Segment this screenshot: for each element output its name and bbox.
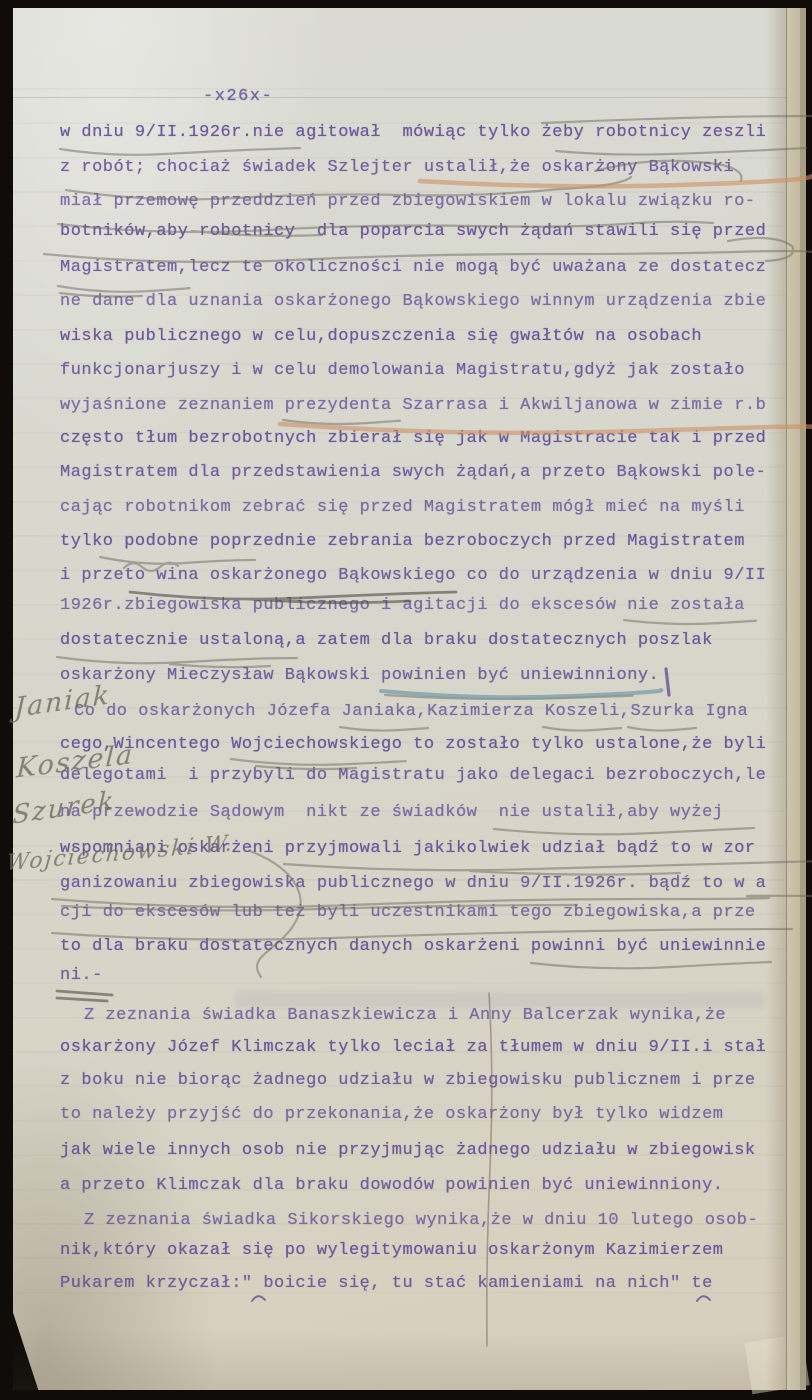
text-line-17: oskarżony Mieczysław Bąkowski powinien b… — [60, 665, 659, 687]
text-line-3: miał przemowę przeddzień przed zbiegowis… — [60, 191, 756, 213]
page-edge-band — [786, 8, 801, 1390]
text-line-19: cego,Wincentego Wojciechowskiego to zost… — [60, 734, 766, 756]
text-line-33: Z zeznania świadka Sikorskiego wynika,że… — [84, 1210, 758, 1232]
text-line-27: Z zeznania świadka Banaszkiewicza i Anny… — [84, 1005, 726, 1027]
text-line-10: często tłum bezrobotnych zbierał się jak… — [60, 428, 766, 450]
text-line-13: tylko podobne poprzednie zebrania bezrob… — [60, 531, 745, 553]
text-line-32: a przeto Klimczak dla braku dowodów powi… — [60, 1175, 724, 1197]
text-line-6: ne dane dla uznania oskarżonego Bąkowski… — [60, 291, 766, 313]
text-line-9: wyjaśnione zeznaniem prezydenta Szarrasa… — [60, 395, 766, 417]
text-line-25: to dla braku dostatecznych danych oskarż… — [60, 936, 766, 958]
text-line-24: cji do ekscesów lub też byli uczestnikam… — [60, 902, 756, 924]
document-scan: -x26x- w dniu 9/II.1926r.nie agitował mó… — [0, 0, 812, 1400]
text-line-2: z robót; chociaż świadek Szlejter ustali… — [60, 157, 734, 179]
text-line-34: nik,który okazał się po wylegitymowaniu … — [60, 1240, 724, 1262]
text-line-5: Magistratem,lecz te okoliczności nie mog… — [60, 257, 766, 279]
text-line-35: Pukarem krzyczał:" boicie się, tu stać k… — [60, 1273, 713, 1295]
text-line-28: oskarżony Józef Klimczak tylko leciał za… — [60, 1037, 766, 1059]
text-line-15: 1926r.zbiegowiska publicznego i agitacji… — [60, 595, 745, 617]
text-line-14: i przeto wina oskarżonego Bąkowskiego co… — [60, 565, 766, 587]
text-line-12: cając robotnikom zebrać się przed Magist… — [60, 497, 745, 519]
text-line-18: Co do oskarżonych Józefa Janiaka,Kazimie… — [74, 701, 748, 723]
typewritten-text-layer: w dniu 9/II.1926r.nie agitował mówiąc ty… — [0, 0, 772, 1400]
text-line-21: na przewodzie Sądowym nikt ze świadków n… — [60, 802, 724, 824]
text-line-7: wiska publicznego w celu,dopuszczenia si… — [60, 326, 702, 348]
text-line-26: ni.- — [60, 965, 103, 987]
text-line-30: to należy przyjść do przekonania,że oska… — [60, 1104, 724, 1126]
ghost-ink-offset-smudge — [235, 992, 765, 1008]
page-edge-dark-band — [800, 8, 806, 1390]
text-line-16: dostatecznie ustaloną,a zatem dla braku … — [60, 630, 713, 652]
text-line-8: funkcjonarjuszy i w celu demolowania Mag… — [60, 360, 745, 382]
text-line-1: w dniu 9/II.1926r.nie agitował mówiąc ty… — [60, 122, 766, 144]
text-line-29: z boku nie biorąc żadnego udziału w zbie… — [60, 1070, 756, 1092]
text-line-4: botników,aby robotnicy dla poparcia swyc… — [60, 221, 766, 243]
text-line-20: delegotami i przybyli do Magistratu jako… — [60, 765, 766, 787]
text-line-23: ganizowaniu zbiegowiska publicznego w dn… — [60, 873, 766, 895]
text-line-31: jak wiele innych osob nie przyjmując żad… — [60, 1140, 756, 1162]
text-line-22: wspomniani oskarżeni przyjmowali jakikol… — [60, 838, 756, 860]
text-line-11: Magistratem dla przedstawienia swych żąd… — [60, 462, 766, 484]
